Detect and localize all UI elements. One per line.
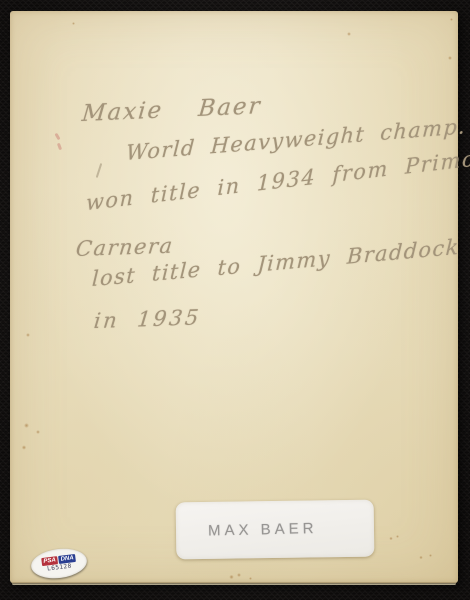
age-spot bbox=[429, 554, 432, 557]
handwriting-line-carnera: Carnera bbox=[75, 234, 175, 262]
edge-mark bbox=[54, 133, 60, 141]
age-spot bbox=[36, 430, 40, 434]
age-spot bbox=[448, 56, 452, 60]
handwriting-line-name: Maxie Baer bbox=[81, 93, 263, 127]
stray-pencil-mark bbox=[96, 163, 103, 178]
psa-dna-sticker: PSA DNA L65128 bbox=[29, 546, 88, 582]
age-spot bbox=[450, 18, 453, 21]
age-spot bbox=[419, 556, 423, 559]
age-spot bbox=[396, 535, 399, 538]
photo-back-paper: Maxie Baer World Heavyweight champ. won … bbox=[10, 11, 458, 583]
age-spot bbox=[26, 333, 30, 337]
age-spot bbox=[389, 537, 393, 540]
age-spot bbox=[237, 573, 241, 577]
age-spot bbox=[229, 575, 234, 579]
edge-mark bbox=[57, 143, 62, 151]
age-spot bbox=[72, 22, 75, 25]
age-spot bbox=[24, 423, 29, 428]
black-fabric-backdrop: Maxie Baer World Heavyweight champ. won … bbox=[0, 0, 470, 600]
sticker-serial-number: L65128 bbox=[47, 562, 72, 572]
age-spot bbox=[347, 32, 351, 36]
age-spot bbox=[22, 445, 26, 450]
name-label-sticker: MAX BAER bbox=[176, 500, 375, 560]
name-label-text: MAX BAER bbox=[208, 520, 318, 539]
age-spot bbox=[249, 577, 252, 580]
handwriting-line-year: in 1935 bbox=[93, 305, 202, 333]
